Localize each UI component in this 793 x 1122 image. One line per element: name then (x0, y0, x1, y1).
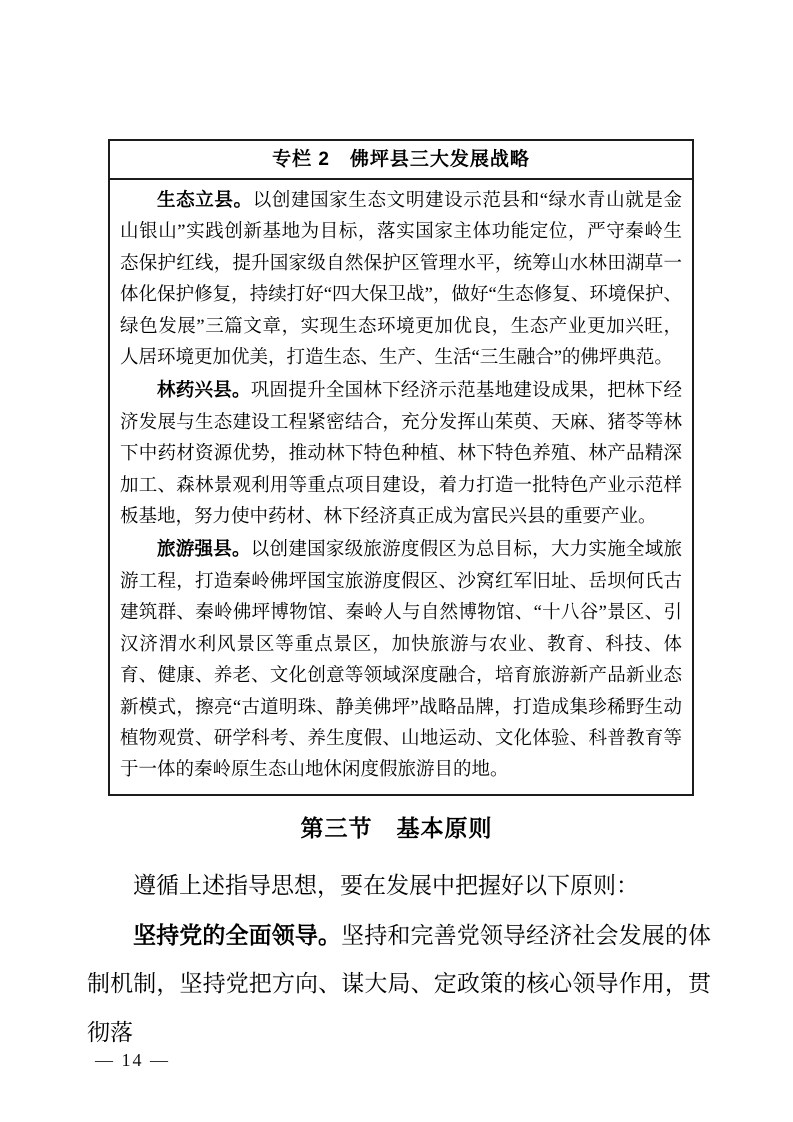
strategy-panel: 专栏 2 佛坪县三大发展战略 生态立县。以创建国家生态文明建设示范县和“绿水青山… (108, 139, 694, 796)
panel-body: 生态立县。以创建国家生态文明建设示范县和“绿水青山就是金山银山”实践创新基地为目… (110, 180, 692, 794)
paragraph-lead: 生态立县。 (157, 189, 253, 210)
body-paragraph-intro: 遵循上述指导思想，要在发展中把握好以下原则： (87, 862, 711, 911)
paragraph-lead: 坚持党的全面领导。 (133, 922, 341, 948)
paragraph-text: 以创建国家级旅游度假区为总目标，大力实施全域旅游工程，打造秦岭佛坪国宝旅游度假区… (120, 540, 682, 780)
panel-paragraph-ecology: 生态立县。以创建国家生态文明建设示范县和“绿水青山就是金山银山”实践创新基地为目… (120, 184, 682, 374)
panel-paragraph-tourism: 旅游强县。以创建国家级旅游度假区为总目标，大力实施全域旅游工程，打造秦岭佛坪国宝… (120, 533, 682, 786)
section-heading: 第三节 基本原则 (0, 810, 793, 843)
paragraph-text: 遵循上述指导思想，要在发展中把握好以下原则： (133, 873, 639, 898)
document-page: 专栏 2 佛坪县三大发展战略 生态立县。以创建国家生态文明建设示范县和“绿水青山… (0, 0, 793, 1122)
section-body: 遵循上述指导思想，要在发展中把握好以下原则： 坚持党的全面领导。坚持和完善党领导… (87, 862, 711, 1057)
panel-title: 专栏 2 佛坪县三大发展战略 (110, 141, 692, 180)
body-paragraph-party-leadership: 坚持党的全面领导。坚持和完善党领导经济社会发展的体制机制，坚持党把方向、谋大局、… (87, 911, 711, 1058)
paragraph-text: 巩固提升全国林下经济示范基地建设成果，把林下经济发展与生态建设工程紧密结合，充分… (120, 381, 682, 527)
paragraph-lead: 旅游强县。 (157, 538, 251, 559)
paragraph-lead: 林药兴县。 (157, 379, 251, 400)
page-number: — 14 — (95, 1050, 170, 1071)
paragraph-text: 以创建国家生态文明建设示范县和“绿水青山就是金山银山”实践创新基地为目标，落实国… (120, 191, 682, 368)
panel-paragraph-forestry: 林药兴县。巩固提升全国林下经济示范基地建设成果，把林下经济发展与生态建设工程紧密… (120, 374, 682, 533)
